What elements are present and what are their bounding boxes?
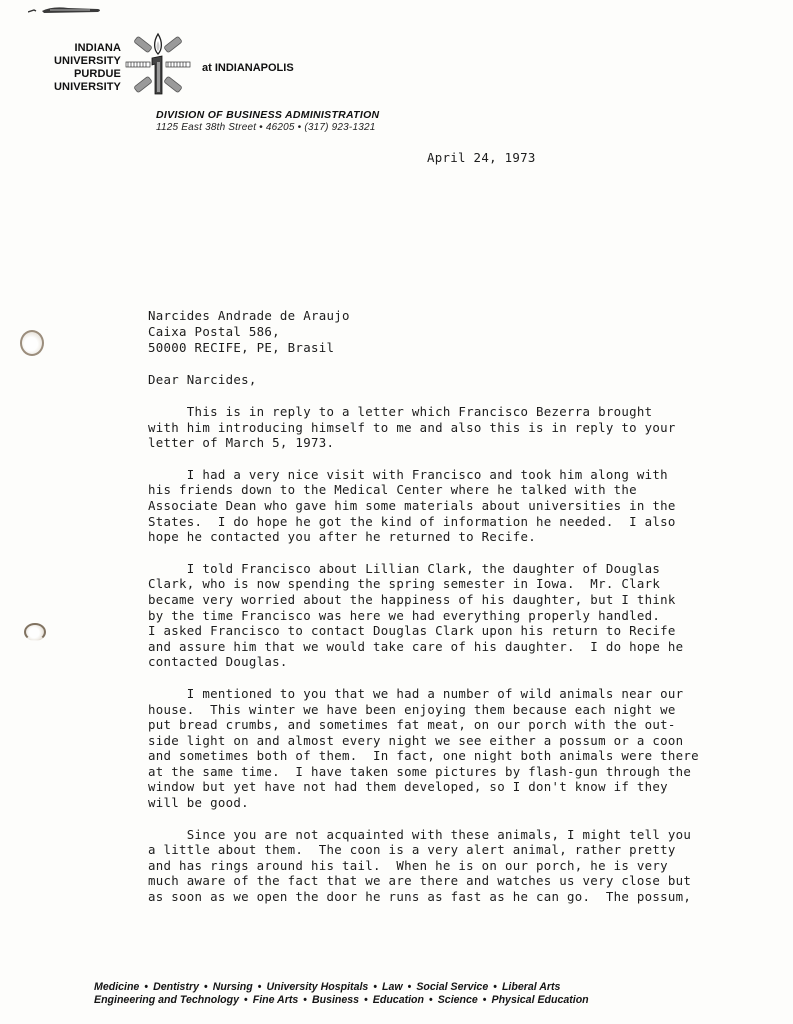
paragraph-line: as soon as we open the door he runs as f… [148,889,748,905]
torch-sunburst-logo-icon [124,32,192,98]
paragraph-line: a little about them. The coon is a very … [148,842,748,858]
paragraph-line: by the time Francisco was here we had ev… [148,608,748,624]
footer-schools-list: Medicine•Dentistry•Nursing•University Ho… [94,981,714,1007]
footer-line-1: Medicine•Dentistry•Nursing•University Ho… [94,981,714,994]
footer-school-name: Dentistry [153,981,199,993]
paragraph-line: Since you are not acquainted with these … [148,827,748,843]
paragraph-line: This is in reply to a letter which Franc… [148,404,748,420]
paragraph-line: contacted Douglas. [148,654,748,670]
paragraph-line: and has rings around his tail. When he i… [148,858,748,874]
division-name: DIVISION OF BUSINESS ADMINISTRATION [156,109,379,121]
paragraph-line: much aware of the fact that we are there… [148,873,748,889]
recipient-name: Narcides Andrade de Araujo [148,308,350,324]
footer-school-name: Physical Education [492,994,589,1006]
footer-school-name: Medicine [94,981,139,993]
paragraph-line: Associate Dean who gave him some materia… [148,498,748,514]
recipient-city: 50000 RECIFE, PE, Brasil [148,340,350,356]
paragraph-line: and sometimes both of them. In fact, one… [148,748,748,764]
paragraph-line: his friends down to the Medical Center w… [148,482,748,498]
footer-school-name: Fine Arts [253,994,299,1006]
paragraph-line: side light on and almost every night we … [148,733,748,749]
footer-school-name: Liberal Arts [502,981,560,993]
scan-smudge-mark [28,6,104,14]
punch-hole-mark [20,330,44,356]
paragraph-line: Clark, who is now spending the spring se… [148,576,748,592]
paragraph-line: I mentioned to you that we had a number … [148,686,748,702]
paragraph-line: hope he contacted you after he returned … [148,529,748,545]
footer-school-name: Business [312,994,359,1006]
bullet-separator: • [373,981,377,993]
bullet-separator: • [144,981,148,993]
footer-school-name: Engineering and Technology [94,994,239,1006]
paragraph-line: with him introducing himself to me and a… [148,420,748,436]
paragraph-line: I had a very nice visit with Francisco a… [148,467,748,483]
letter-paragraph: This is in reply to a letter which Franc… [148,404,748,451]
footer-school-name: Law [382,981,403,993]
bullet-separator: • [408,981,412,993]
letter-paragraph: I told Francisco about Lillian Clark, th… [148,561,748,670]
bullet-separator: • [258,981,262,993]
letter-paragraph: Since you are not acquainted with these … [148,827,748,905]
division-address: 1125 East 38th Street • 46205 • (317) 92… [156,122,376,133]
punch-hole-mark [24,623,46,641]
letter-body: This is in reply to a letter which Franc… [148,404,748,921]
footer-line-2: Engineering and Technology•Fine Arts•Bus… [94,994,714,1007]
bullet-separator: • [303,994,307,1006]
paragraph-line: put bread crumbs, and sometimes fat meat… [148,717,748,733]
letter-date: April 24, 1973 [427,150,536,165]
bullet-separator: • [364,994,368,1006]
bullet-separator: • [204,981,208,993]
recipient-street: Caixa Postal 586, [148,324,350,340]
footer-school-name: Nursing [213,981,253,993]
paragraph-line: at the same time. I have taken some pict… [148,764,748,780]
salutation: Dear Narcides, [148,372,257,387]
paragraph-line: letter of March 5, 1973. [148,435,748,451]
letter-paragraph: I had a very nice visit with Francisco a… [148,467,748,545]
footer-school-name: Science [438,994,478,1006]
letter-paragraph: I mentioned to you that we had a number … [148,686,748,811]
paragraph-line: I told Francisco about Lillian Clark, th… [148,561,748,577]
paragraph-line: will be good. [148,795,748,811]
recipient-address: Narcides Andrade de Araujo Caixa Postal … [148,308,350,356]
bullet-separator: • [483,994,487,1006]
paragraph-line: became very worried about the happiness … [148,592,748,608]
paragraph-line: house. This winter we have been enjoying… [148,702,748,718]
bullet-separator: • [244,994,248,1006]
paragraph-line: I asked Francisco to contact Douglas Cla… [148,623,748,639]
footer-school-name: Social Service [416,981,488,993]
paragraph-line: States. I do hope he got the kind of inf… [148,514,748,530]
campus-name: at INDIANAPOLIS [202,62,294,74]
paragraph-line: window but yet have not had them develop… [148,779,748,795]
bullet-separator: • [493,981,497,993]
paragraph-line: and assure him that we would take care o… [148,639,748,655]
footer-school-name: University Hospitals [266,981,368,993]
institution-name: INDIANA UNIVERSITY PURDUE UNIVERSITY [40,42,121,94]
bullet-separator: • [429,994,433,1006]
footer-school-name: Education [373,994,424,1006]
